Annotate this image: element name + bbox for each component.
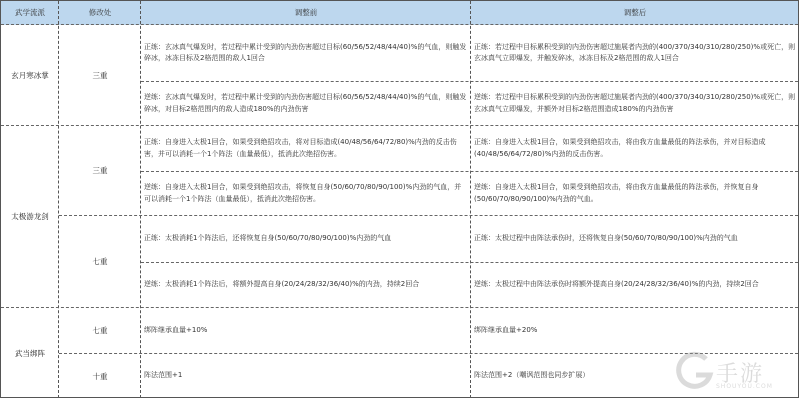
school-cell: 玄月寒冰掌: [1, 25, 59, 125]
before-text: 逆练：自身进入太极1回合，如果受到绝招攻击，将恢复自身(50/60/70/80/…: [141, 172, 471, 215]
before-text: 绑阵继承血量+10%: [141, 308, 471, 353]
before-text: 正练：太极消耗1个阵法后，还将恢复自身(50/60/70/80/90/100)%…: [141, 216, 471, 262]
after-text: 逆练：自身进入太极1回合，如果受到绝招攻击，将由我方血量最低的阵法承伤，并恢复自…: [471, 172, 799, 215]
before-text: 正练：自身进入太极1回合，如果受到绝招攻击，将对目标造成(40/48/56/64…: [141, 126, 471, 171]
school-cell: 武当绑阵: [1, 308, 59, 398]
after-text: 逆练：若过程中目标累积受到的内劲伤害超过施展者内劲的(400/370/340/3…: [471, 82, 799, 125]
before-text: 正练：玄冰真气爆发时，若过程中累计受到的内劲伤害超过目标(60/56/52/48…: [141, 25, 471, 81]
header-change: 修改处: [59, 1, 141, 24]
school-cell: 太极游龙剑: [1, 126, 59, 307]
header-before: 调整前: [141, 1, 471, 24]
before-text: 逆练：太极消耗1个阵法后，将额外提高自身(20/24/28/32/36/40)%…: [141, 263, 471, 307]
after-text: 绑阵继承血量+20%: [471, 308, 799, 353]
level-cell: 七重: [59, 308, 141, 353]
after-text: 正练：太极过程中由阵法承伤时，还将恢复自身(50/60/70/80/90/100…: [471, 216, 799, 262]
watermark-sub: SHOUYOU.COM: [716, 383, 773, 390]
level-cell: 三重: [59, 25, 141, 125]
level-cell: 十重: [59, 354, 141, 398]
table-header: 武学流派 修改处 调整前 调整后: [1, 1, 798, 25]
comparison-table: 武学流派 修改处 调整前 调整后 玄月寒冰掌 三重 正练：玄冰真气爆发时，若过程…: [0, 0, 799, 398]
watermark-logo: 手游 SHOUYOU.COM: [676, 351, 794, 395]
header-after: 调整后: [471, 1, 799, 24]
after-text: 正练：自身进入太极1回合，如果受到绝招攻击，将由我方血量最低的阵法承伤，并对目标…: [471, 126, 799, 171]
level-cell: 三重: [59, 126, 141, 215]
before-text: 阵法范围+1: [141, 354, 471, 398]
g-logo-icon: [676, 351, 714, 391]
after-text: 逆练：太极过程中由阵法承伤时将额外提高自身(20/24/28/32/36/40)…: [471, 263, 799, 307]
level-cell: 七重: [59, 216, 141, 307]
header-school: 武学流派: [1, 1, 59, 24]
before-text: 逆练：玄冰真气爆发时，若过程中累计受到的内劲伤害超过目标(60/56/52/48…: [141, 82, 471, 125]
after-text: 正练：若过程中目标累积受到的内劲伤害超过施展者内劲的(400/370/340/3…: [471, 25, 799, 81]
